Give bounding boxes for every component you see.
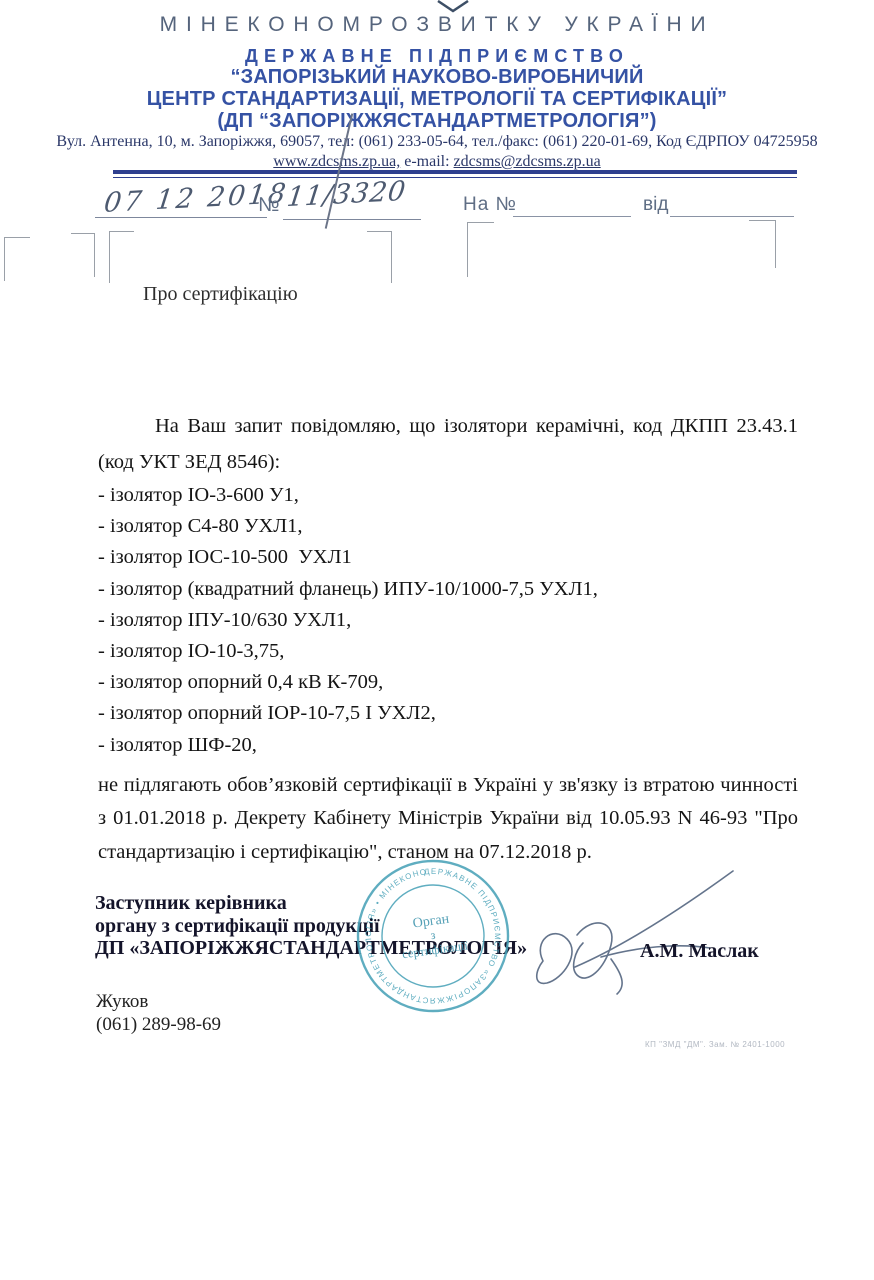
scanned-letter-page: МІНЕКОНОМРОЗВИТКУ УКРАЇНИ ДЕРЖАВНЕ ПІДПР…: [0, 0, 874, 1280]
list-item: - ізолятор ІПУ-10/630 УХЛ1,: [98, 605, 798, 636]
list-item: - ізолятор ШФ-20,: [98, 730, 798, 761]
ministry-name: МІНЕКОНОМРОЗВИТКУ УКРАЇНИ: [0, 13, 874, 37]
body-paragraph: На Ваш запит повідомляю, що ізолятори ке…: [98, 408, 798, 480]
email-label: e-mail:: [404, 153, 449, 170]
org-name-line-3: (ДП “ЗАПОРІЖЖЯСТАНДАРТМЕТРОЛОГІЯ”): [0, 110, 874, 133]
handwritten-outgoing-number: 11/3320: [285, 176, 408, 213]
certification-stamp: ДЕРЖАВНЕ ПІДПРИЄМСТВО «ЗАПОРІЖЖЯСТАНДАРТ…: [342, 845, 525, 1028]
letter-body: На Ваш запит повідомляю, що ізолятори ке…: [98, 408, 798, 869]
email-link[interactable]: zdcsms@zdcsms.zp.ua: [454, 153, 601, 170]
org-address-line: Вул. Антенна, 10, м. Запоріжжя, 69057, т…: [0, 133, 874, 151]
print-order-code: КП "ЗМД "ДМ". Зам. № 2401-1000: [645, 1040, 785, 1049]
executor-phone: (061) 289-98-69: [96, 1013, 221, 1036]
incoming-date-underline: [670, 216, 794, 217]
executor-contact: Жуков (061) 289-98-69: [96, 990, 221, 1036]
list-item: - ізолятор ІОС-10-500 УХЛ1: [98, 542, 798, 573]
pen-signature: [505, 863, 750, 998]
stamp-center-line-3: сертифікації: [401, 938, 469, 961]
org-type: ДЕРЖАВНЕ ПІДПРИЄМСТВО: [0, 46, 874, 67]
logo-diamond-tip-icon: [436, 0, 470, 13]
corner-mark: [367, 231, 392, 283]
number-underline: [283, 219, 421, 220]
corner-mark: [749, 220, 776, 268]
corner-mark: [71, 233, 95, 277]
stamp-center-line-2: з: [430, 928, 437, 943]
list-item: - ізолятор ІО-3-600 У1,: [98, 480, 798, 511]
incoming-number-label: На №: [463, 194, 517, 216]
incoming-number-underline: [513, 216, 631, 217]
incoming-date-label: від: [643, 194, 668, 216]
list-item: - ізолятор ІО-10-3,75,: [98, 636, 798, 667]
header-rule-thick: [113, 170, 797, 174]
list-item: - ізолятор опорний 0,4 кВ К-709,: [98, 667, 798, 698]
website-link[interactable]: www.zdcsms.zp.ua,: [273, 153, 400, 170]
number-sign-label: №: [258, 194, 279, 217]
org-web-line: www.zdcsms.zp.ua, e-mail: zdcsms@zdcsms.…: [0, 153, 874, 171]
header-rule-thin: [113, 177, 797, 178]
corner-mark: [467, 222, 494, 277]
org-name-line-2: ЦЕНТР СТАНДАРТИЗАЦІЇ, МЕТРОЛОГІЇ ТА СЕРТ…: [0, 88, 874, 111]
date-underline: [95, 217, 267, 218]
executor-name: Жуков: [96, 990, 221, 1013]
corner-mark: [4, 237, 30, 281]
org-name-line-1: “ЗАПОРІЗЬКИЙ НАУКОВО-ВИРОБНИЧИЙ: [0, 66, 874, 89]
corner-mark: [109, 231, 134, 283]
signatory-name: А.М. Маслак: [640, 940, 759, 963]
list-item: - ізолятор (квадратний фланець) ИПУ-10/1…: [98, 574, 798, 605]
subject-line: Про сертифікацію: [143, 283, 298, 306]
list-item: - ізолятор С4-80 УХЛ1,: [98, 511, 798, 542]
list-item: - ізолятор опорний ІОР-10-7,5 І УХЛ2,: [98, 698, 798, 729]
